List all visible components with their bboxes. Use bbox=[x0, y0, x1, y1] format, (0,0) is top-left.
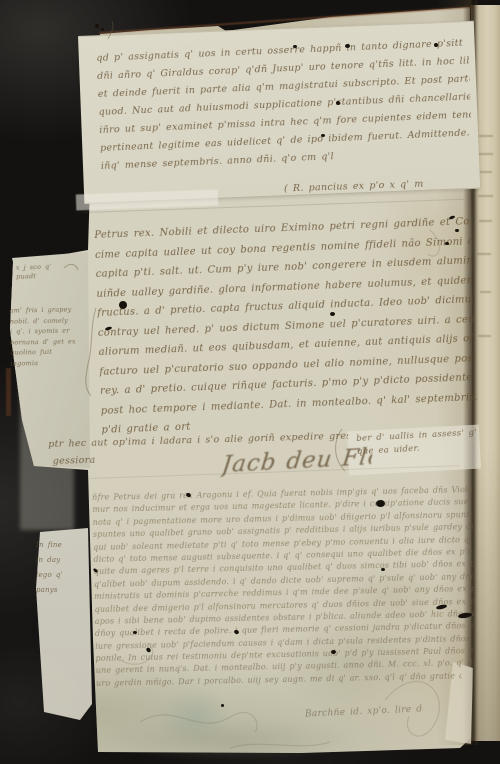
ink-blot bbox=[455, 229, 459, 232]
next-page-ink-mark bbox=[477, 253, 491, 255]
margin-note-c: In fine in day lego q' panys bbox=[36, 538, 80, 598]
ink-blot bbox=[101, 28, 104, 31]
next-page-ink-mark bbox=[480, 291, 491, 293]
text-line: In fine bbox=[36, 538, 80, 553]
ink-blot bbox=[221, 704, 224, 707]
ink-blot bbox=[381, 568, 385, 571]
next-page-ink-mark bbox=[478, 195, 493, 197]
next-page-ink-mark bbox=[477, 153, 493, 155]
photo-background: qd p' assignatis q' uos in certu osserre… bbox=[0, 0, 500, 764]
text-line: in day bbox=[36, 553, 80, 568]
text-line: lego q' bbox=[36, 568, 80, 583]
next-page-ink-mark bbox=[480, 171, 492, 173]
next-page-ink-mark bbox=[479, 220, 492, 222]
ink-blot bbox=[95, 24, 99, 28]
ink-blot bbox=[321, 134, 325, 137]
ink-blot bbox=[345, 44, 350, 48]
text-line: ingomia bbox=[10, 357, 80, 369]
text-line: panys bbox=[36, 583, 80, 598]
margin-note-a: x j sco q' puadt bbox=[16, 262, 63, 282]
ink-blot bbox=[119, 301, 127, 309]
ink-blot bbox=[336, 101, 340, 105]
next-page-ink-mark bbox=[478, 335, 491, 337]
text-line: puadt bbox=[16, 271, 62, 282]
ink-blot bbox=[195, 16, 199, 19]
ink-blot bbox=[293, 45, 297, 48]
ink-blot bbox=[434, 43, 438, 47]
next-page-ink-mark bbox=[479, 135, 493, 137]
text-line: gessiora bbox=[52, 451, 122, 470]
registration-paragraph: qd p' assignatis q' uos in certu osserre… bbox=[96, 34, 473, 175]
ink-blot bbox=[376, 500, 385, 507]
board-edge bbox=[6, 368, 11, 416]
lower-letter-paragraph: ñfre Petrus dei gra rex Aragonu i ef. Qu… bbox=[92, 484, 476, 690]
ink-blot bbox=[261, 11, 264, 14]
margin-note-b: am' fris i grapey nobil. d' comely i q'.… bbox=[9, 304, 80, 368]
ink-blot bbox=[331, 650, 336, 654]
ink-blot bbox=[133, 631, 137, 634]
ink-blot bbox=[330, 312, 335, 316]
ink-blot bbox=[445, 242, 449, 245]
letter-paragraph: Petrus rex. Nobili et dilecto uiro Eximi… bbox=[94, 212, 478, 440]
